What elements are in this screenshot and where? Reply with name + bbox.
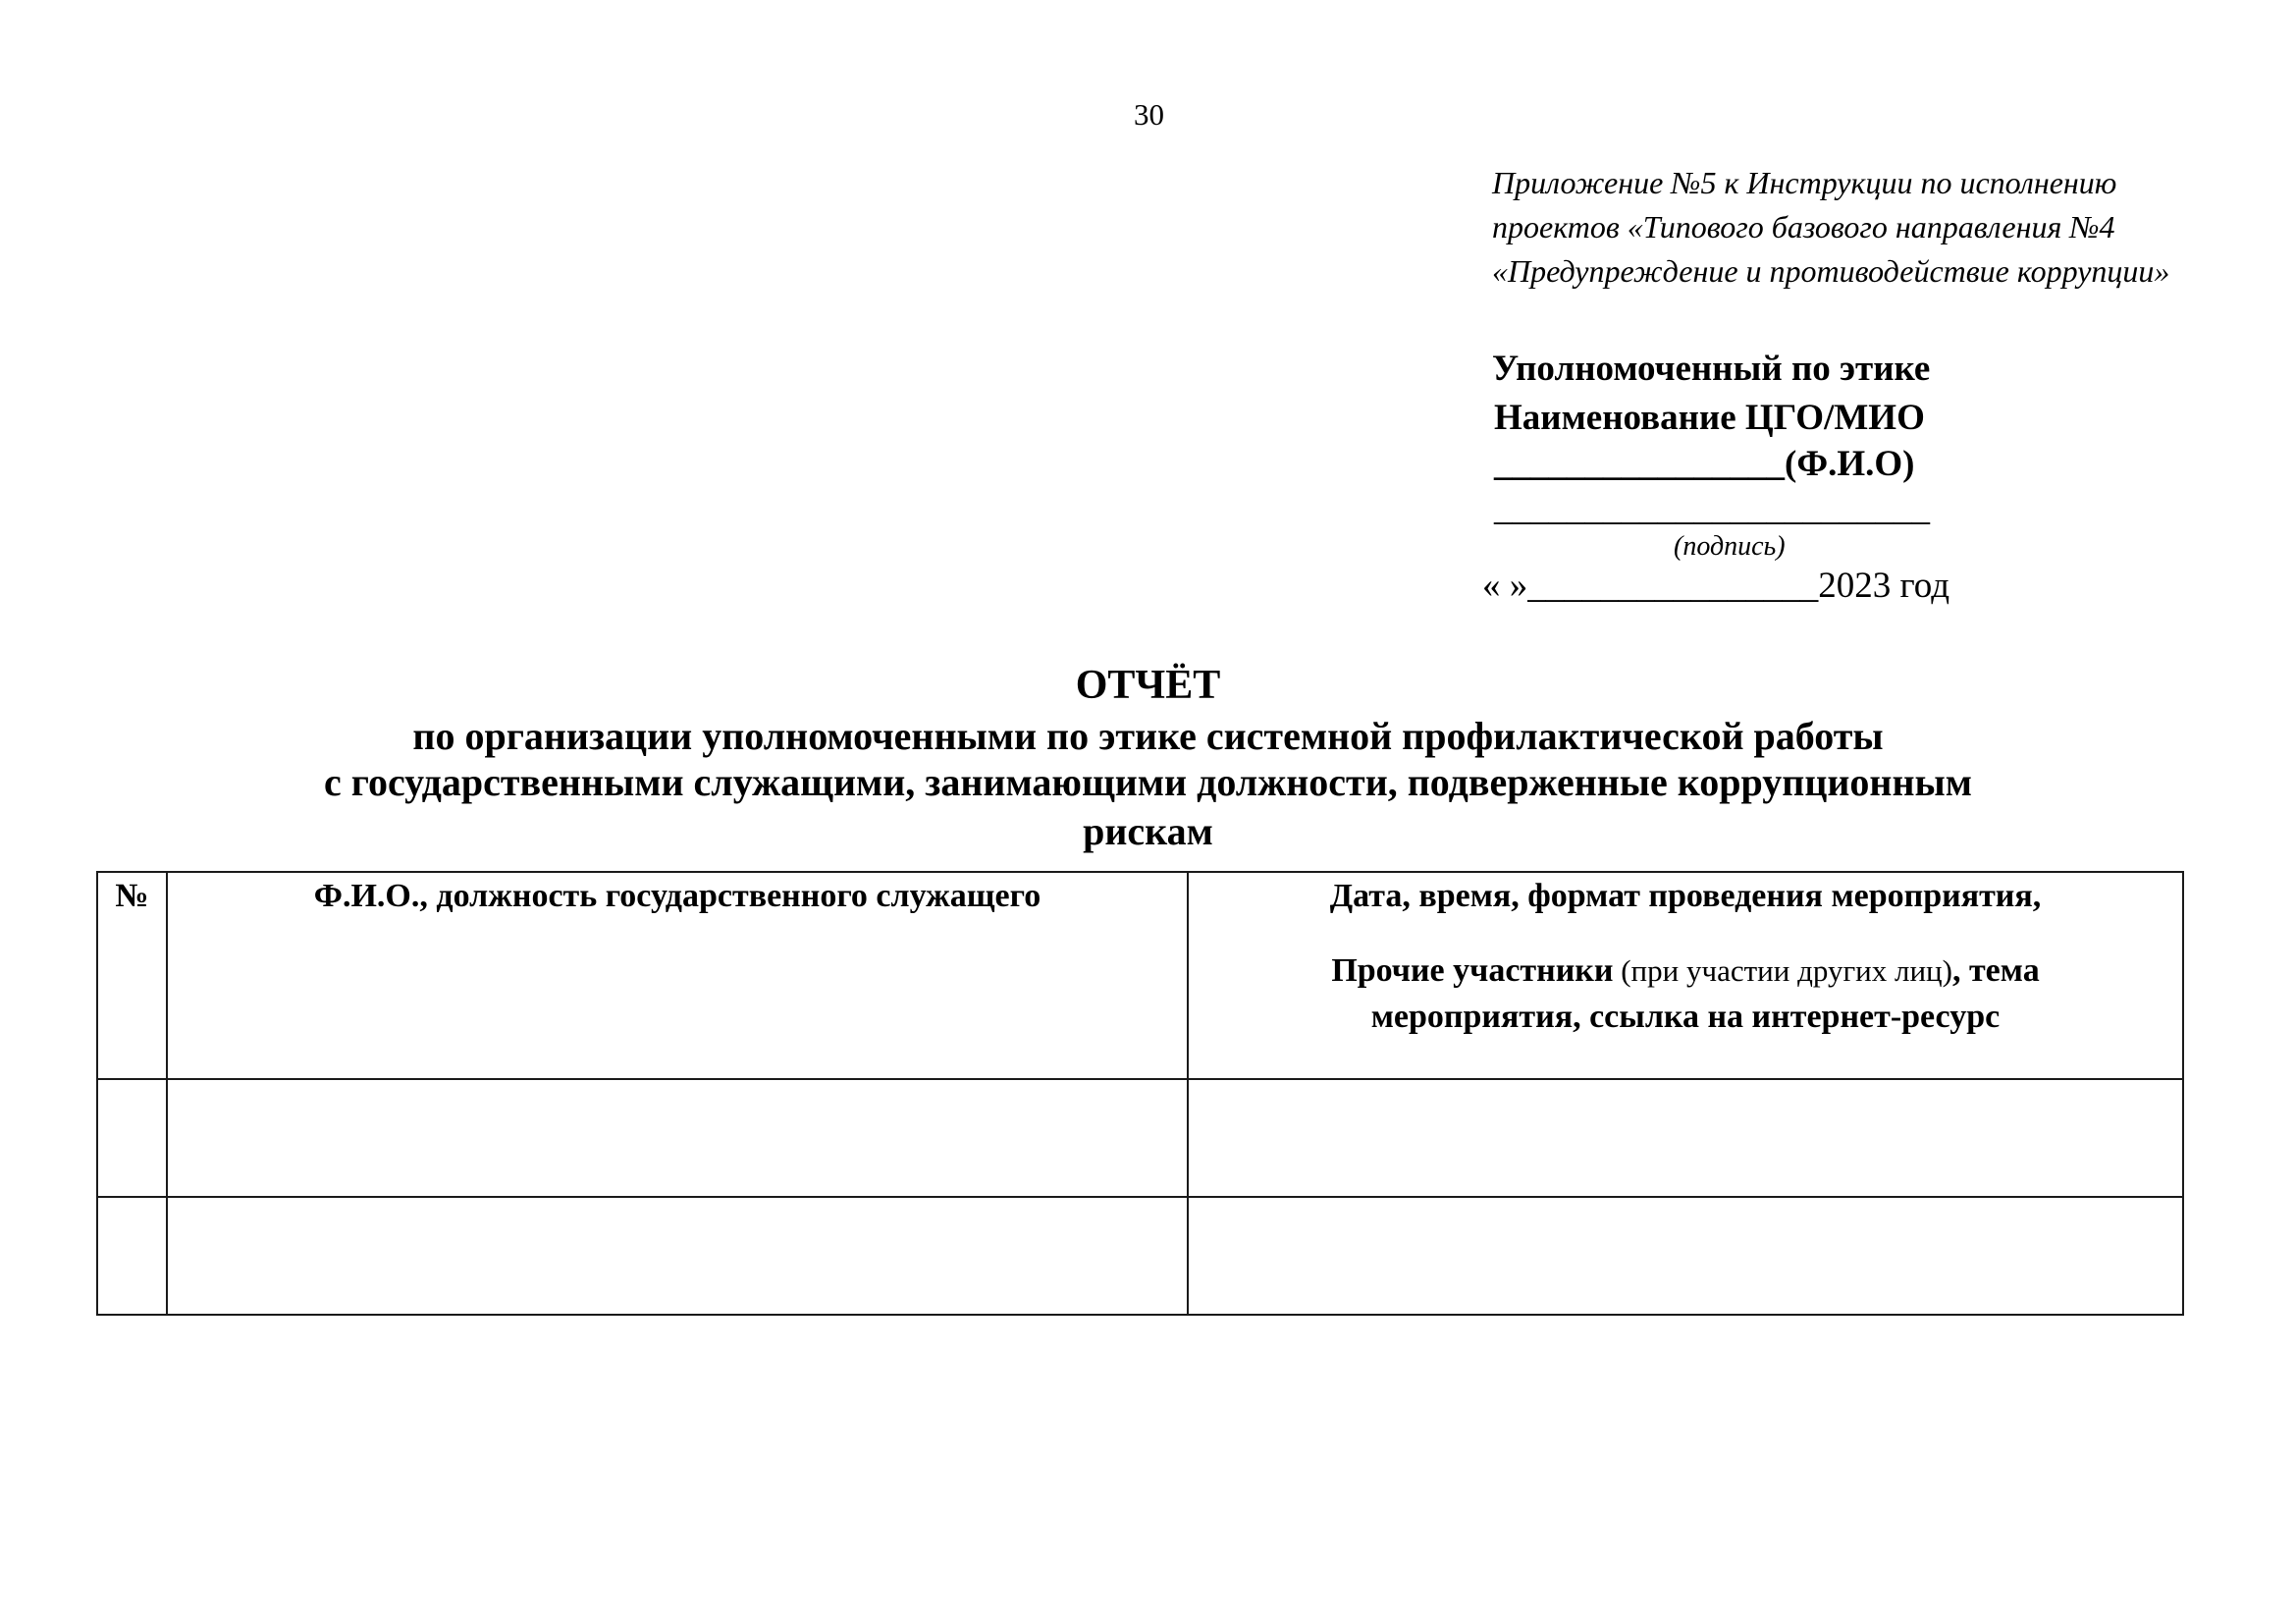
signature-organization: Наименование ЦГО/МИО [1494, 397, 1925, 439]
table-row [97, 1197, 2183, 1315]
report-subtitle-line: рискам [0, 808, 2296, 854]
appendix-line: Приложение №5 к Инструкции по исполнению [1492, 165, 2116, 201]
page-number: 30 [1134, 97, 1164, 133]
header-participants-note: (при участии других лиц) [1613, 953, 1951, 988]
report-subtitle-line: с государственными служащими, занимающим… [0, 759, 2296, 805]
header-event-line1: Дата, время, формат проведения мероприят… [1330, 878, 2042, 914]
header-number: № [97, 872, 167, 1079]
cell-event-details[interactable] [1188, 1197, 2183, 1315]
signature-name-line: ________________(Ф.И.О) [1494, 443, 1914, 485]
report-table: № Ф.И.О., должность государственного слу… [96, 871, 2184, 1316]
signature-line: ________________________ [1494, 487, 1930, 529]
cell-event-details[interactable] [1188, 1079, 2183, 1197]
cell-number[interactable] [97, 1197, 167, 1315]
table-row [97, 1079, 2183, 1197]
cell-fio[interactable] [167, 1079, 1188, 1197]
signature-date-line: « »________________2023 год [1482, 565, 1949, 607]
table-header-row: № Ф.И.О., должность государственного слу… [97, 872, 2183, 1079]
signature-caption: (подпись) [1674, 531, 1786, 563]
report-title: ОТЧЁТ [0, 662, 2296, 709]
cell-number[interactable] [97, 1079, 167, 1197]
appendix-line: «Предупреждение и противодействие корруп… [1492, 253, 2169, 290]
header-fio: Ф.И.О., должность государственного служа… [167, 872, 1188, 1079]
report-subtitle-line: по организации уполномоченными по этике … [0, 713, 2296, 759]
cell-fio[interactable] [167, 1197, 1188, 1315]
header-event-line3: мероприятия, ссылка на интернет-ресурс [1371, 999, 2000, 1035]
signature-role: Уполномоченный по этике [1492, 348, 1930, 390]
header-topic: , тема [1952, 952, 2040, 989]
appendix-line: проектов «Типового базового направления … [1492, 209, 2114, 245]
header-event-details: Дата, время, формат проведения мероприят… [1188, 872, 2183, 1079]
header-participants-bold: Прочие участники [1331, 952, 1613, 989]
